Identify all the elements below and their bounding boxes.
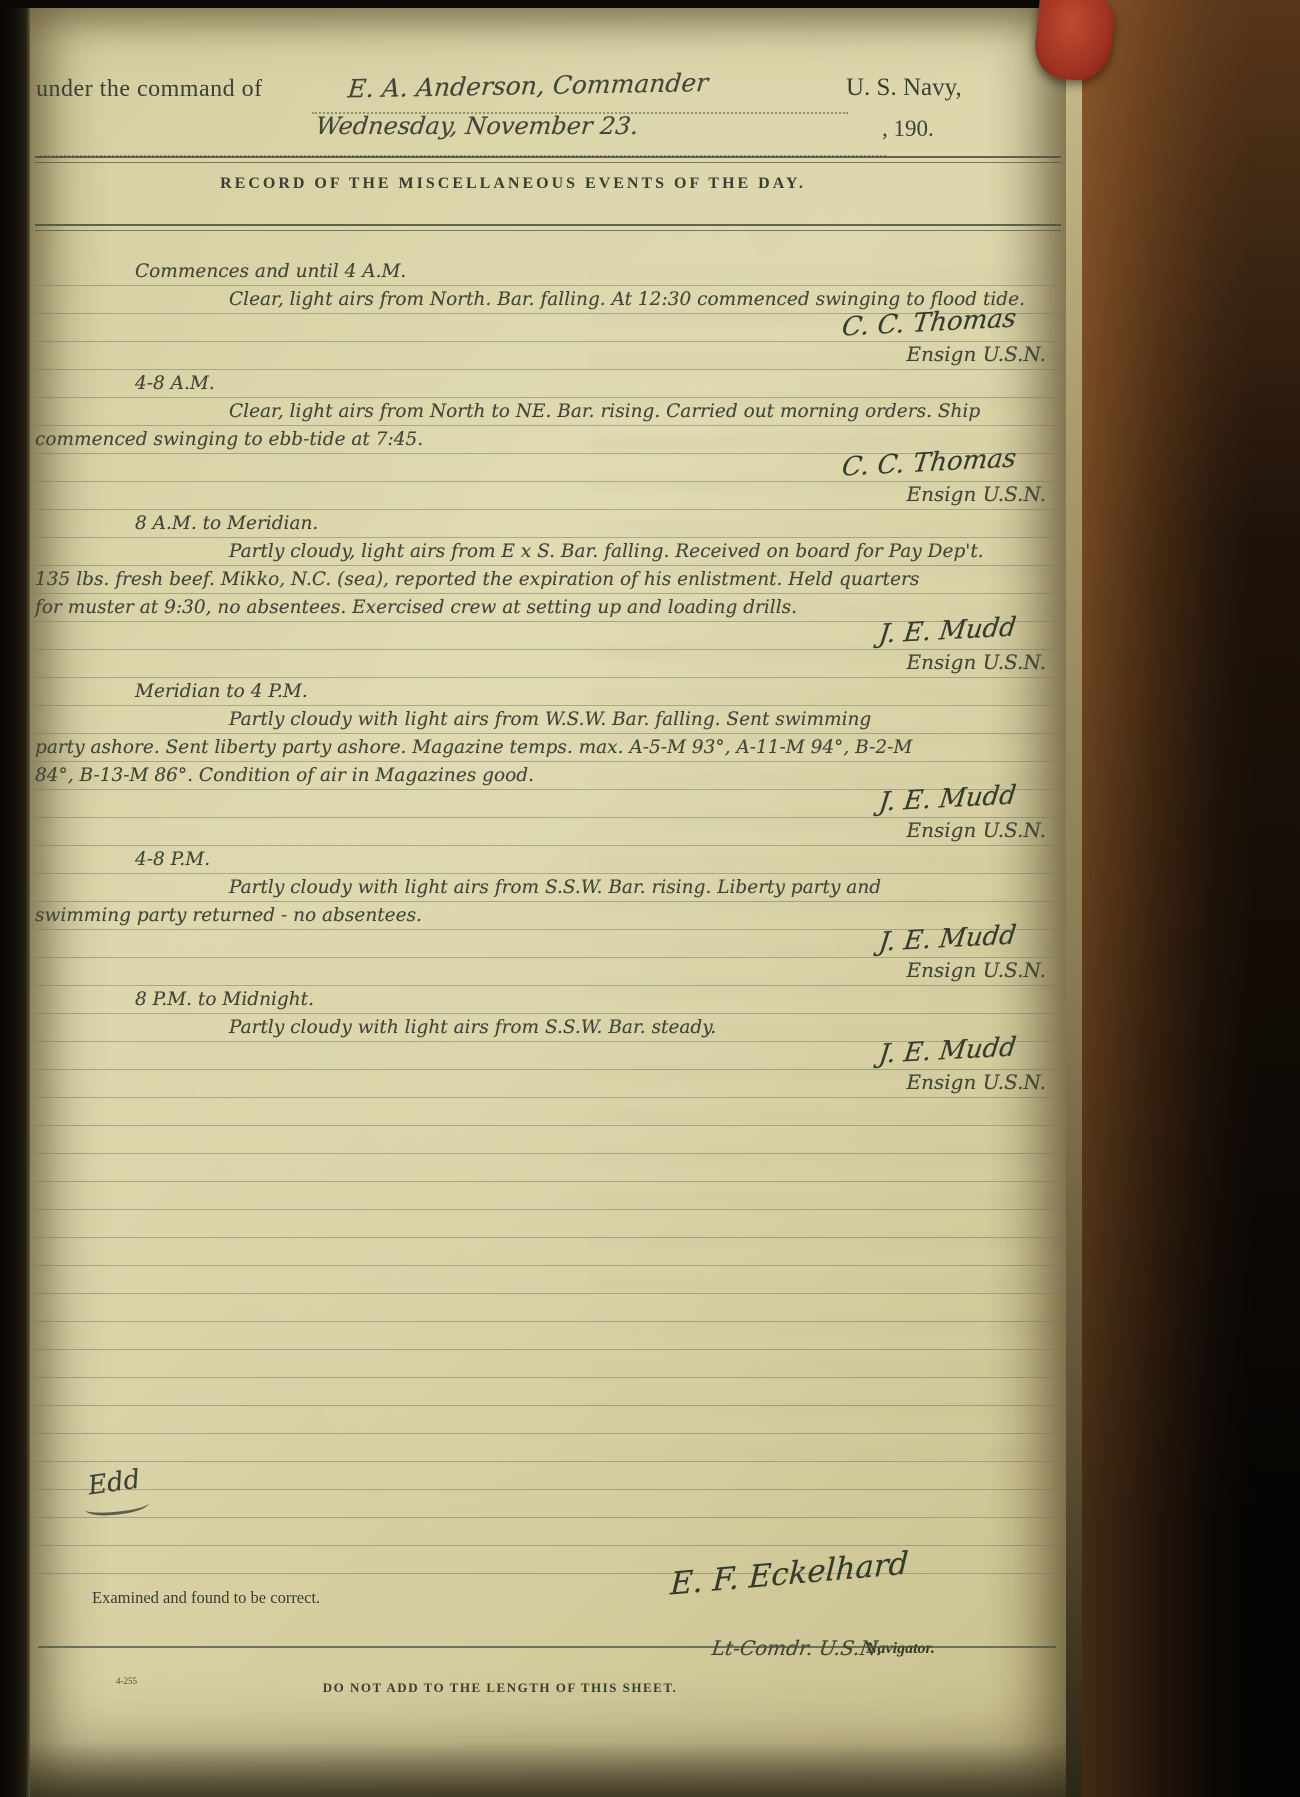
entry-signature-title: Ensign U.S.N. <box>33 957 1058 985</box>
examined-label: Examined and found to be correct. <box>92 1588 320 1608</box>
header-divider <box>35 156 1061 163</box>
date-handwritten: Wednesday, November 23. <box>315 112 640 140</box>
edd-scribble: Edd <box>86 1465 142 1502</box>
commander-name-handwritten: E. A. Anderson, Commander <box>347 66 849 104</box>
log-paper: under the command of E. A. Anderson, Com… <box>30 8 1066 1797</box>
entry-signature-title: Ensign U.S.N. <box>33 649 1058 677</box>
entry-line: Partly cloudy, light airs from E x S. Ba… <box>33 537 1058 565</box>
entry-line: for muster at 9:30, no absentees. Exerci… <box>33 593 1058 621</box>
entry-heading: Meridian to 4 P.M. <box>33 677 1058 705</box>
entry-heading: 8 P.M. to Midnight. <box>33 985 1058 1013</box>
scan-left-edge <box>0 0 30 1797</box>
entry-line: Clear, light airs from North to NE. Bar.… <box>33 397 1058 425</box>
entry-heading: Commences and until 4 A.M. <box>33 257 1058 285</box>
section-title: RECORD OF THE MISCELLANEOUS EVENTS OF TH… <box>30 175 996 193</box>
entry-signature: J. E. Mudd <box>33 789 1058 817</box>
entry-signature-title: Ensign U.S.N. <box>33 1069 1058 1097</box>
footer-divider <box>38 1646 1056 1648</box>
entry-signature: J. E. Mudd <box>33 1041 1058 1069</box>
entry-line: 84°, B-13-M 86°. Condition of air in Mag… <box>33 761 1058 789</box>
entry-signature: J. E. Mudd <box>33 621 1058 649</box>
entry-signature: J. E. Mudd <box>33 929 1058 957</box>
entry-signature: C. C. Thomas <box>33 453 1058 481</box>
entry-line: 135 lbs. fresh beef. Mikko, N.C. (sea), … <box>33 565 1058 593</box>
section-divider <box>35 224 1061 231</box>
navy-label: U. S. Navy, <box>846 74 962 102</box>
scan-top-edge <box>0 0 1085 8</box>
form-number: 4-255 <box>116 1676 137 1686</box>
scan-bottom-shadow <box>30 1742 1066 1797</box>
year-printed: , 190. <box>882 116 934 142</box>
navigator-printed-label: Navigator. <box>866 1640 935 1658</box>
entry-signature-title: Ensign U.S.N. <box>33 481 1058 509</box>
navigator-rank-handwritten: Lt-Comdr. U.S.N. <box>710 1636 884 1660</box>
entries: Commences and until 4 A.M.Clear, light a… <box>33 257 1058 1097</box>
entry-heading: 4-8 A.M. <box>33 369 1058 397</box>
entry-line: party ashore. Sent liberty party ashore.… <box>33 733 1058 761</box>
do-not-add-notice: DO NOT ADD TO THE LENGTH OF THIS SHEET. <box>30 1680 970 1696</box>
page-stack-edge <box>1066 0 1082 1797</box>
entry-line: Partly cloudy with light airs from S.S.W… <box>33 1013 1058 1041</box>
scanned-logbook-page: under the command of E. A. Anderson, Com… <box>0 0 1300 1797</box>
entry-signature-title: Ensign U.S.N. <box>33 341 1058 369</box>
entry-heading: 4-8 P.M. <box>33 845 1058 873</box>
entry-signature: C. C. Thomas <box>33 313 1058 341</box>
entry-signature-title: Ensign U.S.N. <box>33 817 1058 845</box>
entry-line: Partly cloudy with light airs from S.S.W… <box>33 873 1058 901</box>
book-binding <box>1082 0 1300 1797</box>
entry-line: Partly cloudy with light airs from W.S.W… <box>33 705 1058 733</box>
command-prefix-label: under the command of <box>36 76 263 103</box>
entry-line: swimming party returned - no absentees. <box>33 901 1058 929</box>
entry-heading: 8 A.M. to Meridian. <box>33 509 1058 537</box>
